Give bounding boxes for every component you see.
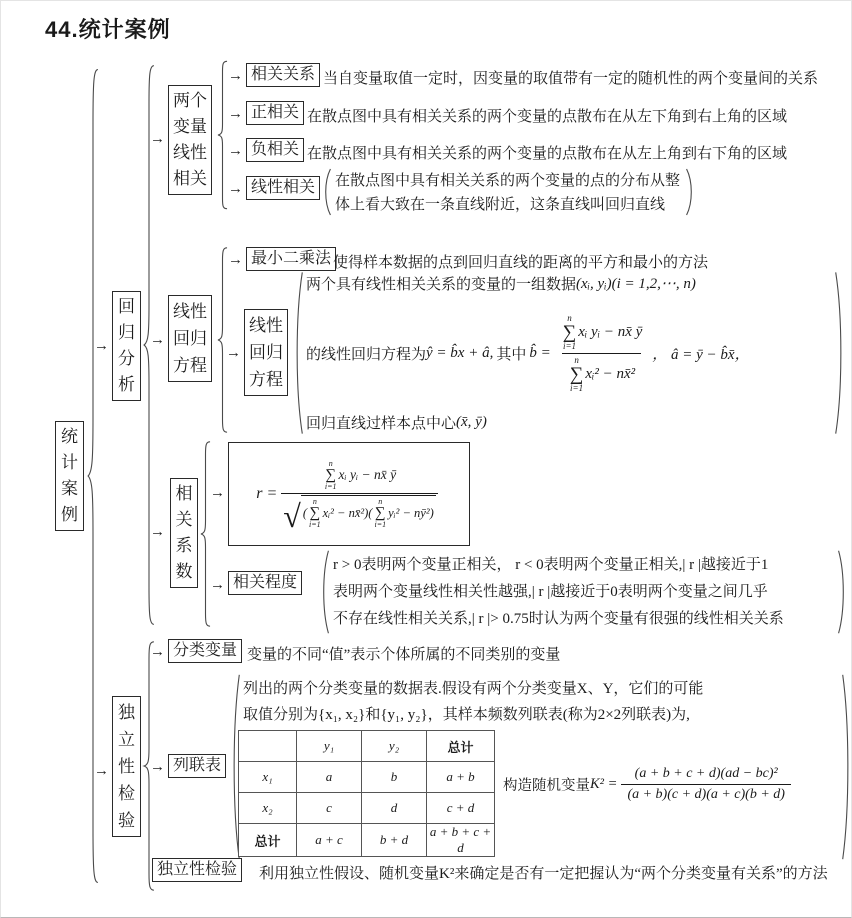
desc-negative-correlation: 在散点图中具有相关关系的两个变量的点散布在从左上角到右下角的区域	[307, 142, 787, 163]
linreg-line2-bhat: b̂ =	[529, 345, 550, 362]
linreg-line2-eq: ŷ = b̂x + â,	[426, 345, 493, 362]
arrow-icon: →	[228, 252, 243, 268]
bhat-den: xᵢ² − nx̄²	[585, 366, 635, 383]
r-fraction: n∑i=1xᵢ yᵢ − nx̄ ȳ √ (n∑i=1xᵢ² − nx̄²)(n…	[281, 460, 438, 529]
cell: c	[297, 793, 362, 824]
contingency-line1: 列出的两个分类变量的数据表.假设有两个分类变量X、Y，它们的可能	[243, 677, 703, 698]
desc-categorical-variable: 变量的不同“值”表示个体所属的不同类别的变量	[247, 643, 560, 664]
cell: y₂	[362, 731, 427, 762]
cell: b	[362, 762, 427, 793]
arrow-icon: →	[228, 143, 243, 159]
cell: x₁	[239, 762, 297, 793]
contingency-table: y₁ y₂ 总计 x₁ a b a + b x₂ c d c + d 总计 a …	[238, 730, 495, 857]
bhat-fraction: n∑i=1xᵢ yᵢ − nx̄ ȳ n∑i=1xᵢ² − nx̄²	[555, 314, 649, 393]
sum-icon: n∑i=1	[325, 460, 337, 491]
arrow-icon: →	[226, 345, 241, 361]
desc-linear-correlation-1: 在散点图中具有相关关系的两个变量的点的分布从整	[335, 169, 680, 190]
linreg-line3-cn: 回归直线过样本点中心	[306, 412, 456, 433]
linreg-line2-tail: ， â = ȳ − b̂x̄，	[652, 343, 749, 364]
k2-formula: 构造随机变量 K² = (a + b + c + d)(ad − bc)² (a…	[503, 766, 795, 803]
root-node-box: 统计案例	[55, 421, 84, 531]
linreg-line1: 两个具有线性相关关系的变量的一组数据(xᵢ, yᵢ)(i = 1,2,⋯, n)	[306, 273, 830, 294]
cell: y₁	[297, 731, 362, 762]
arrow-icon: →	[228, 106, 243, 122]
paren-left	[292, 269, 304, 437]
sqrt-icon: √ (n∑i=1xᵢ² − nx̄²)(n∑i=1yᵢ² − nȳ²)	[283, 495, 436, 529]
arrow-icon: →	[150, 759, 165, 775]
desc-independence-test: 利用独立性假设、随机变量K²来确定是否有一定把握认为“两个分类变量有关系”的方法	[259, 862, 828, 883]
cell: 总计	[427, 731, 495, 762]
arrow-icon: →	[150, 131, 165, 147]
corr-node-box: 相关系数	[170, 478, 198, 588]
sum-icon: n∑i=1	[563, 314, 577, 351]
linreg-line3: 回归直线过样本点中心(x̄, ȳ)	[306, 412, 830, 433]
degree-line2: 表明两个变量线性相关性越强,| r |越接近于0表明两个变量之间几乎	[333, 580, 768, 601]
paren-right	[841, 671, 852, 863]
sum-icon: n∑i=1	[309, 498, 321, 529]
linreg-line1-math: (xᵢ, yᵢ)(i = 1,2,⋯, n)	[576, 274, 696, 293]
brace-corr	[199, 439, 212, 629]
term-linear-correlation: 线性相关	[246, 176, 320, 200]
cell: 总计	[239, 824, 297, 857]
arrow-icon: →	[150, 644, 165, 660]
r-formula-box: r = n∑i=1xᵢ yᵢ − nx̄ ȳ √ (n∑i=1xᵢ² − nx̄…	[228, 442, 470, 546]
arrow-icon: →	[94, 338, 109, 354]
table-row: x₁ a b a + b	[239, 762, 495, 793]
linreg-node-box: 线性回归方程	[168, 295, 212, 382]
r-den1: xᵢ² − nx̄²)(	[323, 506, 373, 521]
paren-right	[685, 168, 696, 216]
desc-correlation-relation: 当自变量取值一定时，因变量的取值带有一定的随机性的两个变量间的关系	[323, 67, 818, 88]
paren-left	[321, 168, 332, 216]
table-row: x₂ c d c + d	[239, 793, 495, 824]
linreg-line2: 的线性回归方程为 ŷ = b̂x + â, 其中 b̂ = n∑i=1xᵢ yᵢ…	[306, 314, 830, 393]
arrow-icon: →	[150, 332, 165, 348]
lparen: (	[303, 506, 307, 521]
linreg-line3-math: (x̄, ȳ)	[456, 414, 487, 431]
paren-right	[837, 549, 848, 635]
linreg-equation-block: 两个具有线性相关关系的变量的一组数据(xᵢ, yᵢ)(i = 1,2,⋯, n)…	[306, 273, 830, 433]
arrow-icon: →	[150, 524, 165, 540]
arrow-icon: →	[210, 577, 225, 593]
k2-den: (a + b)(c + d)(a + c)(b + d)	[621, 784, 791, 803]
cell: x₂	[239, 793, 297, 824]
term-correlation-degree: 相关程度	[228, 571, 302, 595]
cell: a + b + c + d	[427, 824, 495, 857]
arrow-icon: →	[94, 763, 109, 779]
cell	[239, 731, 297, 762]
bhat-num: xᵢ yᵢ − nx̄ ȳ	[578, 324, 642, 341]
desc-positive-correlation: 在散点图中具有相关关系的两个变量的点散布在从左下角到右上角的区域	[307, 105, 787, 126]
table-row: y₁ y₂ 总计	[239, 731, 495, 762]
term-categorical-variable: 分类变量	[168, 639, 242, 663]
linreg-line2-cn: 的线性回归方程为	[306, 343, 426, 364]
r-den2: yᵢ² − nȳ²)	[388, 506, 434, 521]
paren-left	[319, 549, 330, 635]
desc-linear-correlation-2: 体上看大致在一条直线附近，这条直线叫回归直线	[335, 193, 665, 214]
term-least-squares: 最小二乘法	[246, 247, 336, 271]
regression-node-box: 回归分析	[112, 291, 141, 401]
linreg-line2-cn2: 其中	[496, 343, 526, 364]
cell: a	[297, 762, 362, 793]
term-contingency-table: 列联表	[168, 754, 226, 778]
table-row: 总计 a + c b + d a + b + c + d	[239, 824, 495, 857]
linreg-line1-cn: 两个具有线性相关关系的变量的一组数据	[306, 273, 576, 294]
desc-least-squares: 使得样本数据的点到回归直线的距离的平方和最小的方法	[333, 251, 708, 272]
sum-icon: n∑i=1	[374, 498, 386, 529]
k2-cn: 构造随机变量	[503, 774, 590, 795]
independence-node-box: 独立性检验	[112, 696, 141, 837]
k2-lhs: K² =	[590, 776, 617, 793]
r-num: xᵢ yᵢ − nx̄ ȳ	[339, 467, 397, 483]
degree-line3: 不存在线性相关关系,| r |> 0.75时认为两个变量有很强的线性相关关系	[333, 607, 784, 628]
brace-linreg	[216, 245, 229, 435]
k2-fraction: (a + b + c + d)(ad − bc)² (a + b)(c + d)…	[621, 766, 791, 803]
sum-icon: n∑i=1	[570, 356, 584, 393]
arrow-icon: →	[228, 68, 243, 84]
term-correlation-relation: 相关关系	[246, 63, 320, 87]
term-independence-test: 独立性检验	[152, 858, 242, 882]
cell: a + c	[297, 824, 362, 857]
k2-num: (a + b + c + d)(ad − bc)²	[629, 766, 784, 784]
arrow-icon: →	[210, 485, 225, 501]
r-lhs: r =	[256, 485, 277, 503]
cell: c + d	[427, 793, 495, 824]
page-title: 44.统计案例	[45, 13, 171, 44]
concept-map-page: 44.统计案例 统计案例 → 回归分析 → 两个变量线性相关 → 相关关系 当自…	[0, 0, 852, 918]
cell: a + b	[427, 762, 495, 793]
term-negative-correlation: 负相关	[246, 138, 304, 162]
two-vars-node-box: 两个变量线性相关	[168, 85, 212, 195]
cell: b + d	[362, 824, 427, 857]
paren-right	[834, 269, 846, 437]
arrow-icon: →	[228, 181, 243, 197]
degree-line1: r > 0表明两个变量正相关， r < 0表明两个变量正相关,| r |越接近于…	[333, 553, 768, 574]
term-positive-correlation: 正相关	[246, 101, 304, 125]
contingency-line2: 取值分别为{x₁, x₂}和{y₁, y₂}，其样本频数列联表(称为2×2列联表…	[243, 703, 690, 724]
linreg-equation-box: 线性回归方程	[244, 309, 288, 396]
cell: d	[362, 793, 427, 824]
